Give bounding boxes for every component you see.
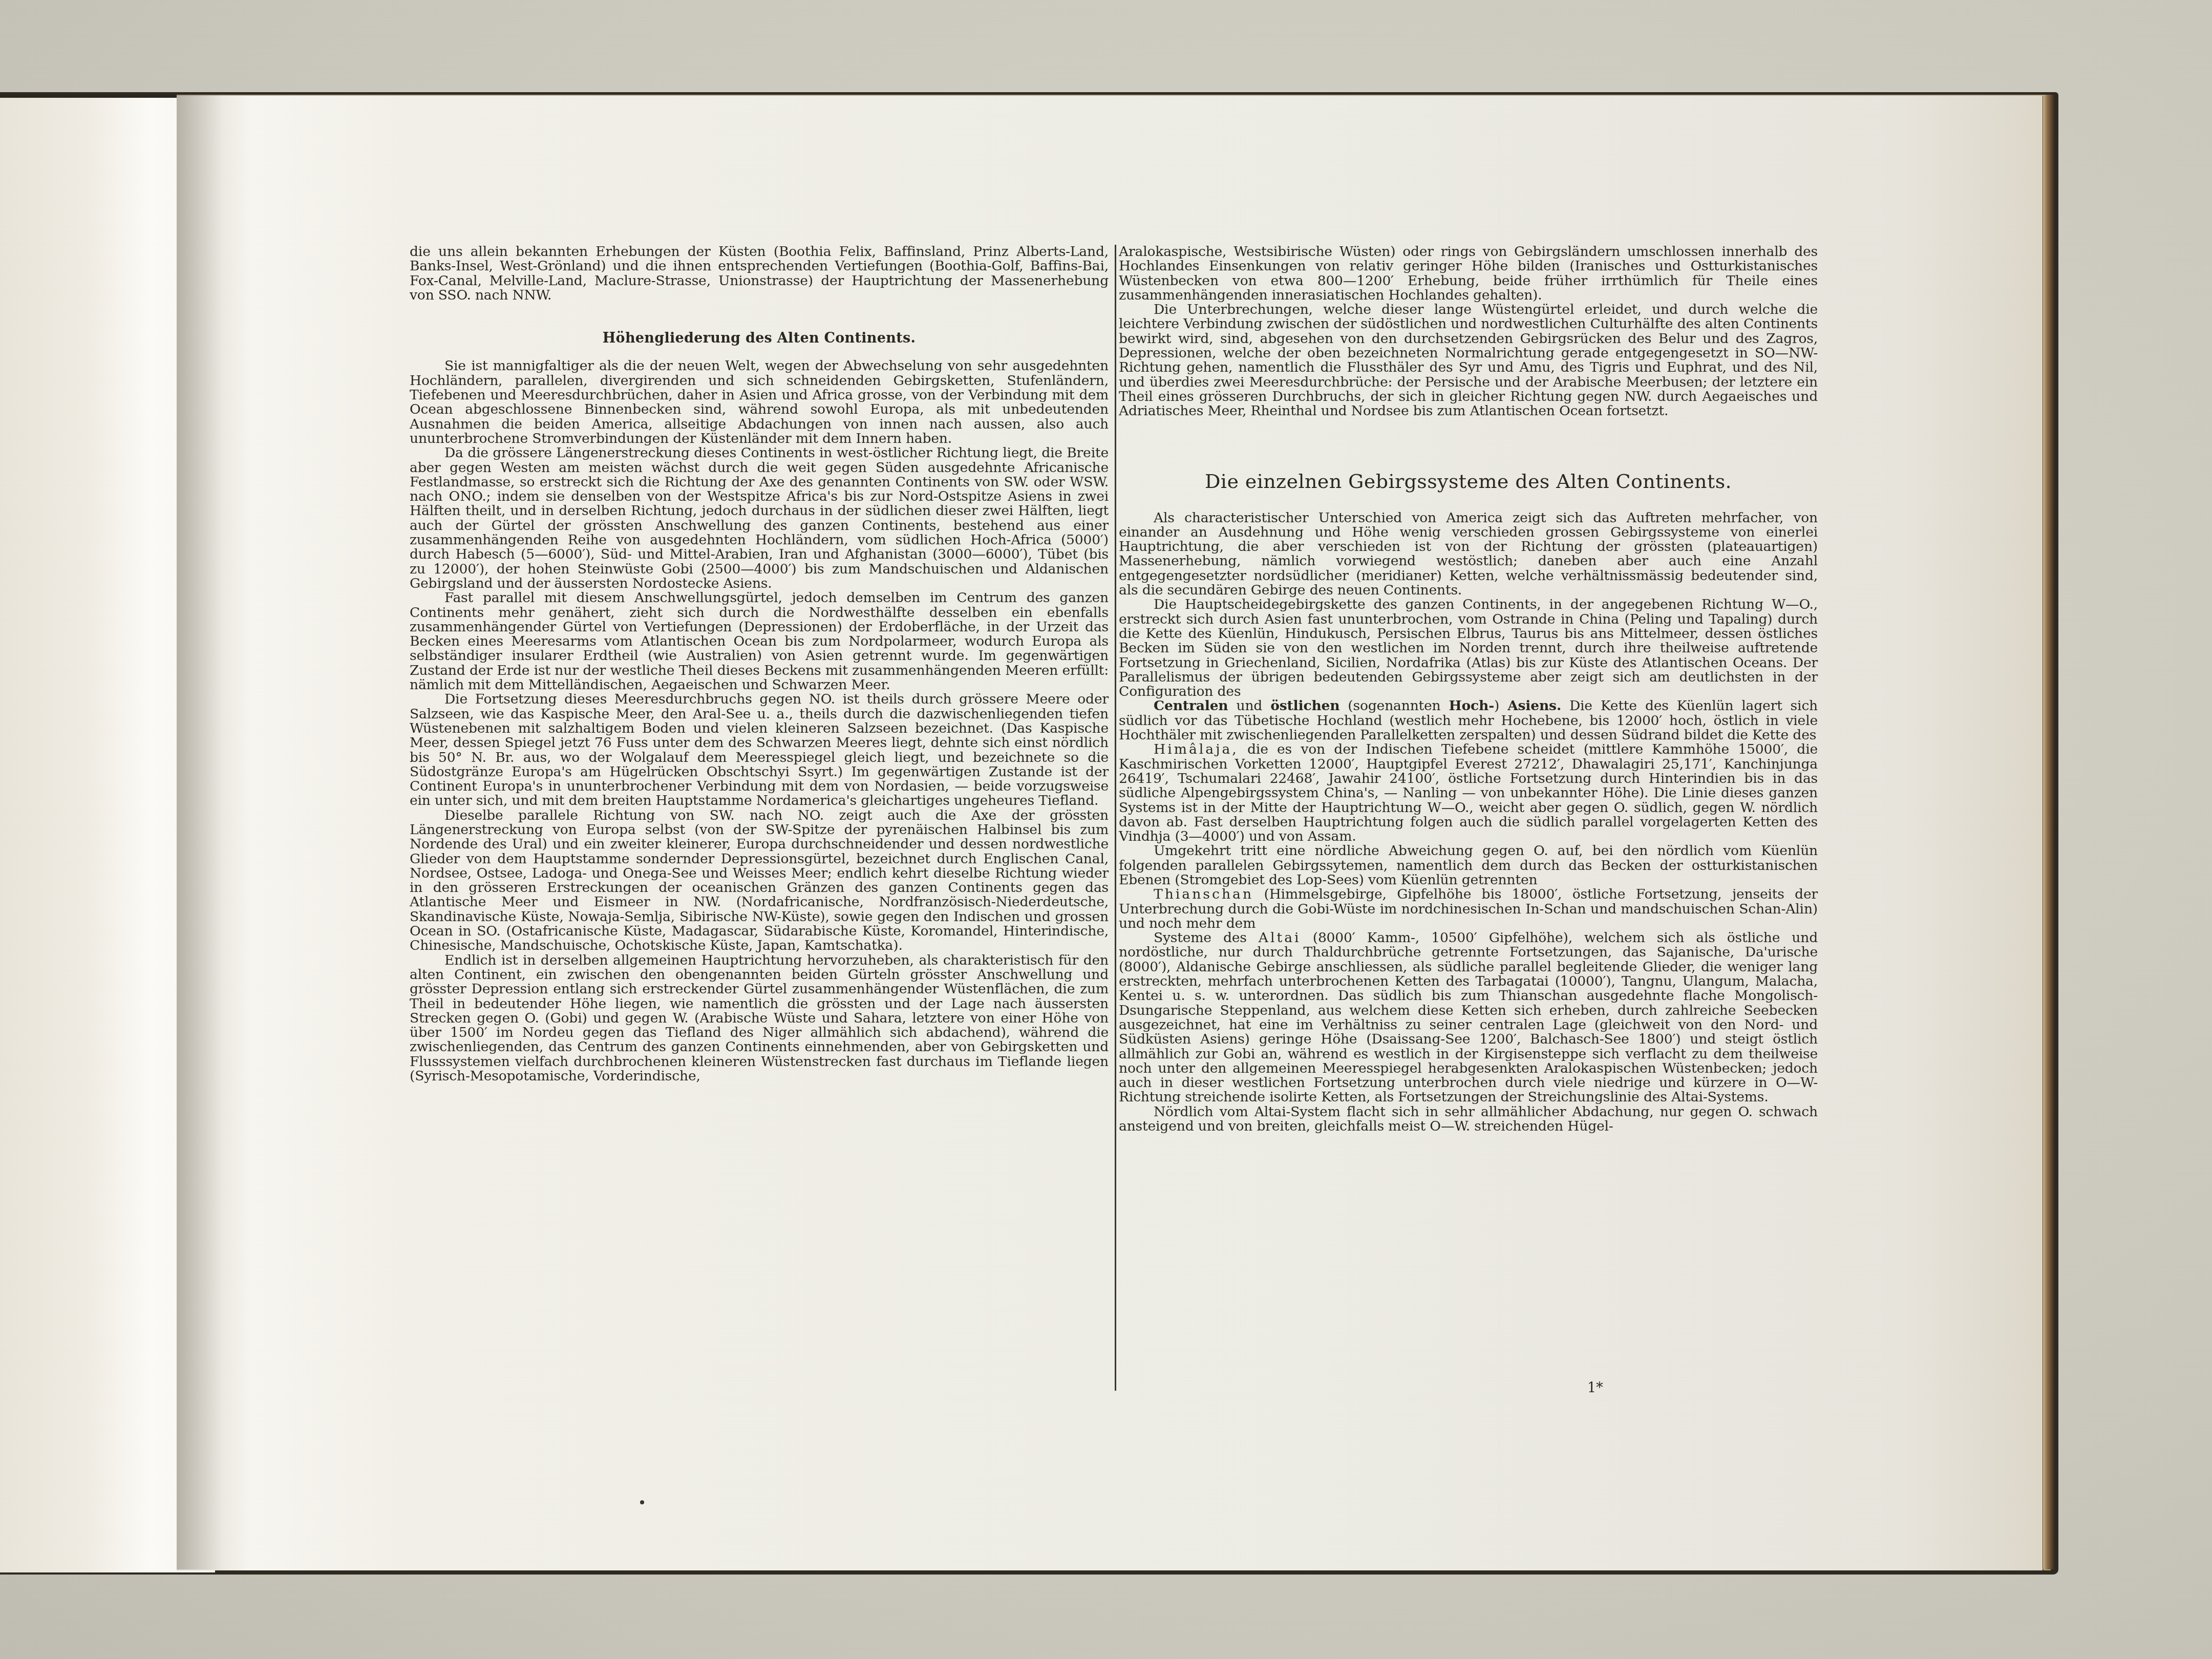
paper-speck: [640, 1500, 644, 1504]
term-altai: Altai: [1259, 930, 1301, 946]
paragraph: Umgekehrt tritt eine nördliche Abweichun…: [1119, 844, 1818, 887]
paragraph: Aralokaspische, Westsibirische Wüsten) o…: [1119, 245, 1818, 303]
term-oestlichen: östlichen: [1270, 698, 1339, 714]
text-run: Systeme des: [1154, 930, 1259, 946]
text-block: die uns allein bekannten Erhebungen der …: [410, 245, 1818, 1402]
section-heading-gebirgssysteme: Die einzelnen Gebirgssysteme des Alten C…: [1119, 470, 1818, 493]
term-hoch: Hoch-: [1449, 698, 1494, 714]
text-run: die es von der Indischen Tiefebene schei…: [1119, 741, 1818, 844]
paragraph: Dieselbe parallele Richtung von SW. nach…: [410, 809, 1109, 953]
left-column: die uns allein bekannten Erhebungen der …: [410, 245, 1109, 1083]
section-heading-hoehengliederung: Höhengliederung des Alten Continents.: [410, 331, 1109, 346]
intro-paragraph: die uns allein bekannten Erhebungen der …: [410, 245, 1109, 303]
paragraph: Als characteristischer Unterschied von A…: [1119, 511, 1818, 598]
paragraph-himalaja: Himâlaja, die es von der Indischen Tiefe…: [1119, 742, 1818, 844]
text-run: und: [1228, 698, 1271, 714]
page-number: 1*: [1587, 1380, 1603, 1396]
paragraph: Nördlich vom Altai-System flacht sich in…: [1119, 1105, 1818, 1134]
column-divider-rule: [1115, 245, 1116, 1391]
paragraph: Endlich ist in derselben allgemeinen Hau…: [410, 953, 1109, 1084]
right-column: Aralokaspische, Westsibirische Wüsten) o…: [1119, 245, 1818, 1134]
paragraph: Fast parallel mit diesem Anschwellungsgü…: [410, 591, 1109, 692]
term-centralen: Centralen: [1154, 698, 1228, 714]
paragraph: Da die grössere Längenerstreckung dieses…: [410, 446, 1109, 591]
term-asiens: Asiens.: [1507, 698, 1561, 714]
page-fore-edge: [2043, 95, 2054, 1569]
paragraph: Sie ist mannigfaltiger als die der neuen…: [410, 359, 1109, 446]
text-run: ): [1494, 698, 1507, 714]
paragraph-central-asia: Centralen und östlichen (sogenannten Hoc…: [1119, 699, 1818, 742]
term-himalaja: Himâlaja,: [1154, 741, 1239, 757]
text-run: (8000′ Kamm-, 10500′ Gipfelhöhe), welche…: [1119, 930, 1818, 1105]
term-thianschan: Thianschan: [1154, 886, 1253, 902]
paragraph: Die Hauptscheidegebirgskette des ganzen …: [1119, 598, 1818, 699]
paragraph-thianschan: Thianschan (Himmelsgebirge, Gipfelhöhe b…: [1119, 887, 1818, 931]
page-gutter-shadow: [177, 95, 223, 1569]
paragraph: Die Fortsetzung dieses Meeresdurchbruchs…: [410, 692, 1109, 808]
paragraph-altai: Systeme des Altai (8000′ Kamm-, 10500′ G…: [1119, 931, 1818, 1105]
text-run: (sogenannten: [1339, 698, 1449, 714]
paragraph: Die Unterbrechungen, welche dieser lange…: [1119, 303, 1818, 418]
